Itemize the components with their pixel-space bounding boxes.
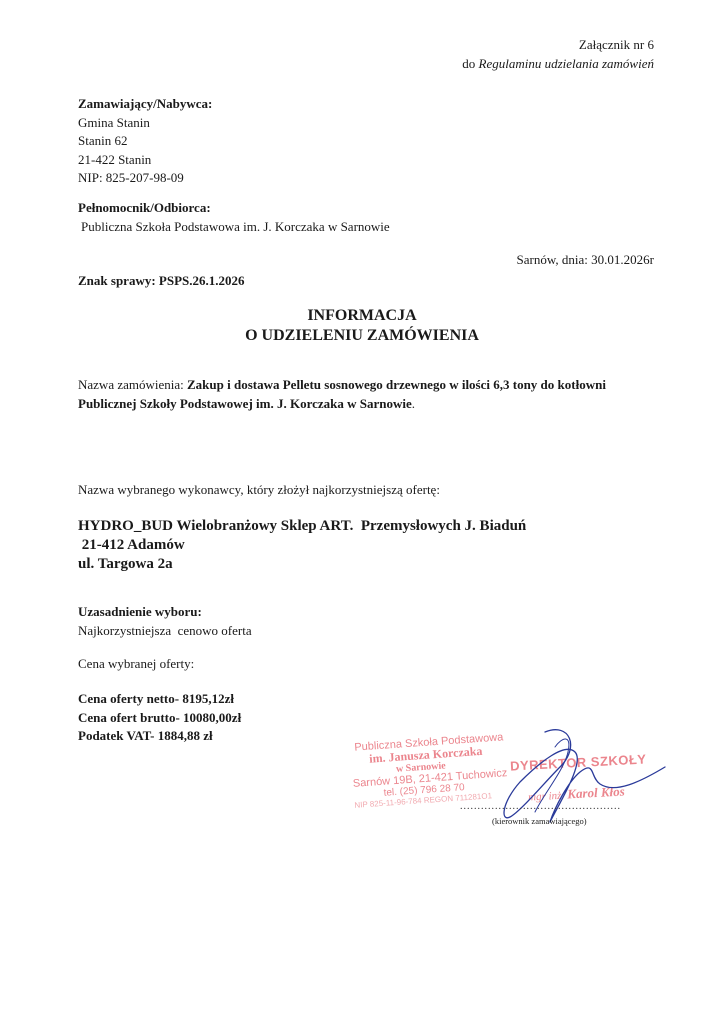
recipient-name: Publiczna Szkoła Podstawowa im. J. Korcz… [78, 218, 390, 237]
contractor-street: ul. Targowa 2a [78, 555, 526, 574]
justification-block: Uzasadnienie wyboru: Najkorzystniejsza c… [78, 603, 252, 640]
buyer-line: 21-422 Stanin [78, 151, 212, 170]
document-title: INFORMACJA O UDZIELENIU ZAMÓWIENIA [0, 306, 724, 346]
contractor-block: HYDRO_BUD Wielobranżowy Sklep ART. Przem… [78, 517, 526, 574]
annex-reference-title: Regulaminu udzielania zamówień [479, 56, 655, 71]
price-net: Cena oferty netto- 8195,12zł [78, 690, 241, 709]
buyer-block: Zamawiający/Nabywca: Gmina Stanin Stanin… [78, 95, 212, 188]
order-name-line-2: Publicznej Szkoły Podstawowej im. J. Kor… [78, 396, 412, 411]
price-vat: Podatek VAT- 1884,88 zł [78, 727, 241, 746]
order-label: Nazwa zamówienia: [78, 377, 187, 392]
contractor-label: Nazwa wybranego wykonawcy, który złożył … [78, 481, 440, 500]
order-name-line-1: Zakup i dostawa Pelletu sosnowego drzewn… [187, 377, 606, 392]
buyer-line: NIP: 825-207-98-09 [78, 169, 212, 188]
title-line-2: O UDZIELENIU ZAMÓWIENIA [0, 326, 724, 346]
recipient-block: Pełnomocnik/Odbiorca: Publiczna Szkoła P… [78, 199, 390, 236]
buyer-line: Gmina Stanin [78, 114, 212, 133]
justification-label: Uzasadnienie wyboru: [78, 603, 252, 622]
contractor-city: 21-412 Adamów [78, 536, 526, 555]
buyer-line: Stanin 62 [78, 132, 212, 151]
signature-line: ........................................… [460, 801, 621, 812]
recipient-label: Pełnomocnik/Odbiorca: [78, 199, 390, 218]
price-block: Cena oferty netto- 8195,12zł Cena ofert … [78, 690, 241, 746]
contractor-name: HYDRO_BUD Wielobranżowy Sklep ART. Przem… [78, 517, 526, 536]
order-block: Nazwa zamówienia: Zakup i dostawa Pellet… [78, 376, 606, 413]
annex-number: Załącznik nr 6 [579, 36, 654, 55]
annex-reference-prefix: do [462, 56, 478, 71]
signature-caption: (kierownik zamawiającego) [492, 816, 587, 826]
case-reference: Znak sprawy: PSPS.26.1.2026 [78, 272, 245, 291]
price-gross: Cena ofert brutto- 10080,00zł [78, 709, 241, 728]
title-line-1: INFORMACJA [0, 306, 724, 326]
order-suffix: . [412, 396, 415, 411]
price-label: Cena wybranej oferty: [78, 655, 194, 674]
annex-reference: do Regulaminu udzielania zamówień [462, 55, 654, 74]
justification-text: Najkorzystniejsza cenowo oferta [78, 622, 252, 641]
buyer-label: Zamawiający/Nabywca: [78, 95, 212, 114]
place-date: Sarnów, dnia: 30.01.2026r [517, 251, 654, 270]
